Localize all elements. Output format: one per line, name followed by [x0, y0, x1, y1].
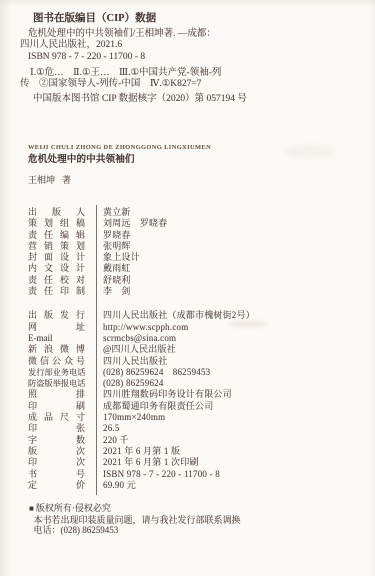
colophon-row-value: ISBN 978 - 7 - 220 - 11700 - 8	[103, 469, 220, 480]
author-line: 王相坤著	[28, 175, 211, 185]
colophon-row: 出版人黄立新	[28, 207, 348, 218]
scan-smudge	[284, 146, 336, 157]
colophon-row: 责任编辑罗晓春	[28, 230, 348, 241]
colophon-row-value: (028) 86259624	[103, 378, 164, 389]
colophon-row-label: 照排	[28, 389, 85, 400]
colophon-row-label: 责任印制	[28, 286, 85, 297]
colophon-row-value: 戴雨虹	[103, 263, 131, 274]
colophon-row-value: 220 千	[103, 435, 129, 446]
colophon-row-label: 防盗版举报电话	[28, 378, 85, 389]
author-role: 著	[62, 175, 71, 185]
colophon-groups: 出版人黄立新策划组稿刘周远 罗晓春责任编辑罗晓春营销策划张明辉封面设计象上设计内…	[28, 207, 348, 491]
colophon-row: 印刷成都蜀通印务有限责任公司	[28, 401, 348, 412]
colophon-row: 印张26.5	[28, 423, 348, 434]
colophon-row-label: 责任校对	[28, 275, 85, 286]
colophon-row-value: (028) 86259624 86259453	[103, 367, 210, 378]
colophon-row: 印次2021 年 6 月第 1 次印刷	[28, 457, 348, 468]
copyright-notice: ■版权所有·侵权必究 本书若出现印装质量问题，请与我社发行部联系调换 电话：(0…	[29, 503, 241, 536]
colophon-row-value: 黄立新	[103, 207, 131, 218]
colophon-row-label: 字数	[28, 435, 85, 446]
colophon-group: 出版发行四川人民出版社（成都市槐树街2号）网址http://www.scpph.…	[28, 310, 348, 491]
colophon-row: 微信公众号四川人民出版社	[28, 356, 348, 367]
colophon-row: 营销策划张明辉	[28, 241, 348, 252]
copyright-page: 图书在版编目（CIP）数据 危机处理中的中共领袖们/王相坤著. —成都： 四川人…	[0, 0, 375, 576]
colophon-row-value: @四川人民出版社	[103, 344, 176, 355]
colophon-row-value: 象上设计	[103, 252, 140, 263]
colophon-row-value: 26.5	[103, 423, 120, 434]
colophon-row: 字数220 千	[28, 435, 348, 446]
copyright-notice-line: ■版权所有·侵权必究	[29, 503, 241, 515]
colophon-row-label: 封面设计	[28, 252, 85, 263]
cip-line-title: 危机处理中的中共领袖们/王相坤著. —成都：	[20, 29, 360, 41]
colophon-row-value: 四川人民出版社（成都市槐树街2号）	[103, 310, 255, 321]
cip-line-classification-2: 传 ②国家领导人-列传-中国 Ⅳ.①K827=7	[20, 79, 360, 91]
colophon-row-label: 定价	[28, 480, 85, 491]
colophon-row: 内文设计戴雨虹	[28, 263, 348, 274]
colophon-row: 发行部业务电话(028) 86259624 86259453	[28, 367, 348, 378]
colophon-group: 出版人黄立新策划组稿刘周远 罗晓春责任编辑罗晓春营销策划张明辉封面设计象上设计内…	[28, 207, 348, 297]
colophon-row: 出版发行四川人民出版社（成都市槐树街2号）	[28, 310, 348, 321]
black-square-bullet-icon: ■	[29, 504, 34, 513]
cip-header: 图书在版编目（CIP）数据	[20, 13, 360, 25]
colophon-row: 网址http://www.scpph.com	[28, 322, 348, 333]
colophon-row: 封面设计象上设计	[28, 252, 348, 263]
colophon-row: 责任印制李 剑	[28, 286, 348, 297]
colophon-row-label: 网址	[28, 322, 85, 333]
colophon-row-value: 罗晓春	[103, 230, 131, 241]
colophon-row: 定价69.90 元	[28, 480, 348, 491]
cip-line-publisher: 四川人民出版社，2021.6	[20, 40, 360, 52]
book-title: 危机处理中的中共领袖们	[28, 154, 211, 165]
colophon-row-label: 内文设计	[28, 263, 85, 274]
colophon-row-value: http://www.scpph.com	[103, 322, 188, 333]
colophon-row: 版次2021 年 6 月第 1 版	[28, 446, 348, 457]
colophon-row-label: 新浪微博	[28, 344, 85, 355]
colophon-row: 照排四川胜翔数码印务设计有限公司	[28, 389, 348, 400]
colophon-row-label: 出版发行	[28, 310, 85, 321]
cip-line-classification-1: Ⅰ.①危… Ⅱ.①王… Ⅲ.①中国共产党-领袖-列	[20, 68, 360, 80]
colophon-row-value: 刘周远 罗晓春	[103, 218, 167, 229]
contact-phone-text: 电话：(028) 86259453	[29, 525, 241, 536]
colophon-row-value: 四川人民出版社	[103, 356, 167, 367]
colophon-row-value: 成都蜀通印务有限责任公司	[103, 401, 213, 412]
colophon-row-value: 张明辉	[103, 241, 131, 252]
colophon-row-value: 69.90 元	[103, 480, 136, 491]
quality-notice-text: 本书若出现印装质量问题，请与我社发行部联系调换	[29, 515, 241, 526]
colophon-row-value: 2021 年 6 月第 1 版	[103, 446, 180, 457]
colophon-row: 策划组稿刘周远 罗晓春	[28, 218, 348, 229]
colophon-row-label: 书号	[28, 469, 85, 480]
author-name: 王相坤	[28, 175, 55, 185]
colophon-row-label: 版次	[28, 446, 85, 457]
colophon-row-label: E-mail	[28, 333, 85, 344]
colophon-row: 书号ISBN 978 - 7 - 220 - 11700 - 8	[28, 469, 348, 480]
cip-block: 图书在版编目（CIP）数据 危机处理中的中共领袖们/王相坤著. —成都： 四川人…	[20, 13, 360, 106]
colophon-row: 责任校对舒晓利	[28, 275, 348, 286]
colophon-row-label: 发行部业务电话	[28, 367, 85, 378]
colophon-row-label: 成品尺寸	[28, 412, 85, 423]
colophon-row-label: 营销策划	[28, 241, 85, 252]
title-block: WEIJI CHULI ZHONG DE ZHONGGONG LINGXIUME…	[28, 144, 211, 185]
colophon-row-value: 2021 年 6 月第 1 次印刷	[103, 457, 199, 468]
cip-line-isbn: ISBN 978 - 7 - 220 - 11700 - 8	[20, 52, 360, 64]
colophon-row: 新浪微博@四川人民出版社	[28, 344, 348, 355]
colophon-table: 出版人黄立新策划组稿刘周远 罗晓春责任编辑罗晓春营销策划张明辉封面设计象上设计内…	[28, 207, 348, 491]
colophon-row-value: scrmcbs@sina.com	[103, 333, 176, 344]
colophon-row: 成品尺寸170mm×240mm	[28, 412, 348, 423]
cip-line-record-number: 中国版本图书馆 CIP 数据核字（2020）第 057194 号	[20, 94, 360, 106]
colophon-row-label: 责任编辑	[28, 230, 85, 241]
colophon-row-label: 策划组稿	[28, 218, 85, 229]
colophon-row-value: 舒晓利	[103, 275, 131, 286]
colophon-row-value: 李 剑	[103, 286, 131, 297]
colophon-row-value: 170mm×240mm	[103, 412, 165, 423]
colophon-row-label: 出版人	[28, 207, 85, 218]
colophon-row-label: 印刷	[28, 401, 85, 412]
colophon-row-label: 印次	[28, 457, 85, 468]
colophon-row: E-mailscrmcbs@sina.com	[28, 333, 348, 344]
colophon-row-label: 微信公众号	[28, 356, 85, 367]
book-title-pinyin: WEIJI CHULI ZHONG DE ZHONGGONG LINGXIUME…	[28, 144, 211, 151]
copyright-notice-text: 版权所有·侵权必究	[36, 503, 111, 513]
colophon-row-value: 四川胜翔数码印务设计有限公司	[103, 389, 232, 400]
colophon-row: 防盗版举报电话(028) 86259624	[28, 378, 348, 389]
colophon-row-label: 印张	[28, 423, 85, 434]
